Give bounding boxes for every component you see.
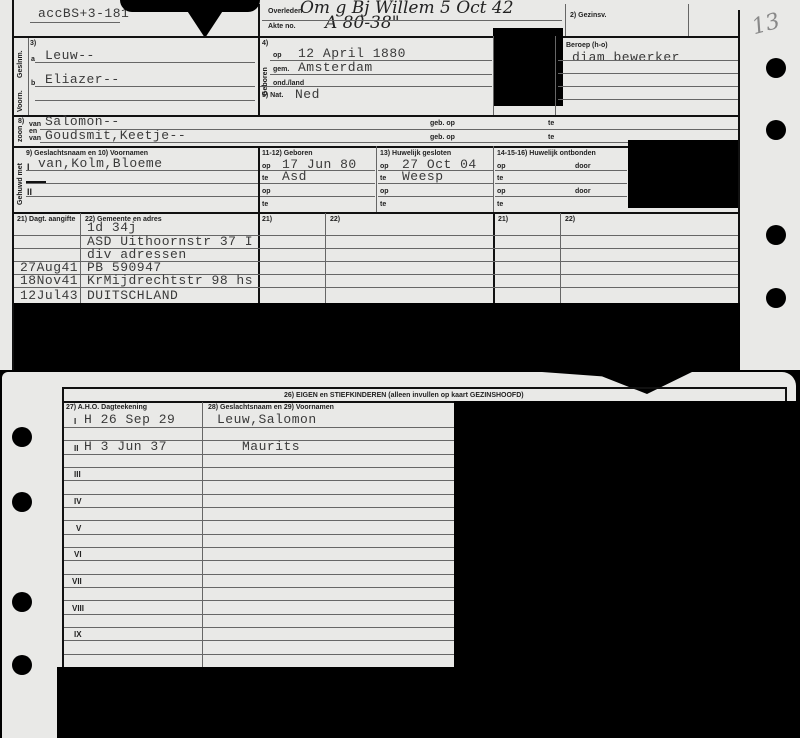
geb-op-label: geb. op bbox=[430, 134, 455, 141]
rule bbox=[495, 183, 627, 184]
gem-label: gem. bbox=[273, 66, 289, 73]
rule bbox=[558, 99, 738, 100]
birth-date: 12 April 1880 bbox=[298, 46, 406, 61]
rule bbox=[64, 480, 454, 481]
child-numeral: IV bbox=[74, 497, 82, 506]
rule bbox=[64, 600, 454, 601]
rule bbox=[64, 520, 454, 521]
rule bbox=[40, 129, 738, 130]
op-label: op bbox=[380, 163, 389, 170]
rule bbox=[378, 183, 493, 184]
child-numeral: IX bbox=[74, 630, 82, 639]
divider bbox=[493, 36, 494, 116]
te-label: te bbox=[548, 120, 554, 127]
mother-name: Goudsmit,Keetje-- bbox=[45, 128, 186, 143]
redacted-block bbox=[454, 401, 796, 667]
address-date: 12Jul43 bbox=[20, 288, 78, 303]
rule bbox=[64, 640, 454, 641]
address-entry: KrMijdrechtstr 98 hs bbox=[87, 273, 253, 288]
rule bbox=[64, 507, 454, 508]
rule bbox=[260, 183, 375, 184]
section-title: 26) EIGEN en STIEFKINDEREN (alleen invul… bbox=[284, 392, 524, 399]
bottom-card: 26) EIGEN en STIEFKINDEREN (alleen invul… bbox=[2, 372, 796, 738]
child-name: Maurits bbox=[242, 439, 300, 454]
child-numeral: II bbox=[74, 444, 78, 453]
col22-label: 22) bbox=[330, 216, 340, 223]
op-label: op bbox=[380, 188, 389, 195]
father-name: Salomon-- bbox=[45, 114, 120, 129]
van-label: van bbox=[29, 135, 41, 142]
address-entry: 1d 34j bbox=[87, 220, 137, 235]
redacted-block bbox=[14, 303, 740, 370]
section-rule bbox=[12, 36, 739, 38]
rule bbox=[558, 86, 738, 87]
name-header: 28) Geslachtsnaam en 29) Voornamen bbox=[208, 404, 334, 411]
rule bbox=[35, 100, 255, 101]
rule bbox=[378, 196, 493, 197]
occupation: diam bewerker bbox=[572, 50, 680, 65]
punch-hole bbox=[766, 288, 786, 308]
rule bbox=[64, 454, 454, 455]
divider bbox=[258, 4, 260, 36]
section-8-label: 8) bbox=[18, 118, 24, 125]
birth-place: Amsterdam bbox=[298, 60, 373, 75]
rule bbox=[495, 170, 627, 171]
rule bbox=[64, 614, 454, 615]
op-label: op bbox=[497, 188, 506, 195]
rule bbox=[64, 560, 454, 561]
van-label: van bbox=[29, 121, 41, 128]
section-4-label: 4) bbox=[262, 40, 268, 47]
reference-number: accBS+3-181 bbox=[38, 6, 129, 21]
rule bbox=[558, 60, 738, 61]
rule bbox=[30, 22, 120, 23]
te-label: te bbox=[497, 175, 503, 182]
punch-hole bbox=[766, 120, 786, 140]
spouse-birth-place: Asd bbox=[282, 169, 307, 184]
page-number-handwritten: 13 bbox=[749, 9, 783, 40]
punch-hole bbox=[766, 225, 786, 245]
divider bbox=[688, 4, 689, 36]
rule bbox=[35, 86, 255, 87]
te-label: te bbox=[497, 201, 503, 208]
redacted-photo bbox=[493, 28, 563, 106]
card-border bbox=[738, 10, 740, 350]
nat-label: 5) Nat. bbox=[262, 92, 283, 99]
geboren-header: 11-12) Geboren bbox=[262, 150, 313, 157]
child-aho-date: H 26 Sep 29 bbox=[84, 412, 175, 427]
redacted-block bbox=[628, 140, 738, 208]
akte-handwritten: A 80-38" bbox=[325, 13, 400, 33]
rule bbox=[64, 494, 454, 495]
rule bbox=[558, 73, 738, 74]
divider bbox=[258, 213, 260, 305]
op-label: op bbox=[262, 188, 271, 195]
rule bbox=[26, 196, 258, 197]
voorn-side-label: Voorn. bbox=[17, 90, 24, 112]
door-label: door bbox=[575, 188, 591, 195]
rule bbox=[64, 587, 454, 588]
rule bbox=[64, 547, 454, 548]
address-entry: DUITSCHLAND bbox=[87, 288, 178, 303]
gehuwd-side-label: Gehuwd met bbox=[17, 163, 24, 205]
divider bbox=[258, 36, 260, 116]
geb-op-label: geb. op bbox=[430, 120, 455, 127]
en-label: en bbox=[29, 128, 37, 135]
door-label: door bbox=[575, 163, 591, 170]
op-label: op bbox=[497, 163, 506, 170]
torn-edge bbox=[542, 372, 692, 394]
rule bbox=[270, 74, 492, 75]
te-label: te bbox=[262, 175, 268, 182]
op-label: op bbox=[262, 163, 271, 170]
te-label: te bbox=[548, 134, 554, 141]
section-rule bbox=[12, 212, 739, 214]
aho-header: 27) A.H.O. Dagteekening bbox=[66, 404, 147, 411]
divider bbox=[493, 146, 494, 212]
zoon-side-label: zoon bbox=[17, 126, 24, 142]
overleden-label: Overleden bbox=[268, 8, 302, 15]
rule bbox=[26, 183, 258, 184]
rule bbox=[64, 627, 454, 628]
te-label: te bbox=[262, 201, 268, 208]
child-aho-date: H 3 Jun 37 bbox=[84, 439, 167, 454]
punch-hole bbox=[12, 492, 32, 512]
te-label: te bbox=[380, 175, 386, 182]
first-name: Eliazer-- bbox=[45, 72, 120, 87]
child-numeral: VII bbox=[72, 577, 82, 586]
punch-hole bbox=[12, 655, 32, 675]
section-rule bbox=[12, 115, 739, 117]
card-border bbox=[62, 387, 64, 667]
rule bbox=[262, 20, 562, 21]
punch-hole bbox=[12, 592, 32, 612]
surname: Leuw-- bbox=[45, 48, 95, 63]
rule bbox=[260, 196, 375, 197]
nationality: Ned bbox=[295, 87, 320, 102]
punch-hole bbox=[12, 427, 32, 447]
torn-edge bbox=[180, 0, 230, 38]
divider bbox=[565, 4, 566, 36]
col22-label: 22) bbox=[565, 216, 575, 223]
divider bbox=[560, 213, 561, 305]
rule bbox=[64, 534, 454, 535]
rule bbox=[64, 654, 454, 655]
beroep-label: Beroep (h-o) bbox=[566, 42, 608, 49]
child-name: Leuw,Salomon bbox=[217, 412, 317, 427]
child-numeral: III bbox=[74, 470, 81, 479]
rule bbox=[64, 574, 454, 575]
geslnm-side-label: Geslnm. bbox=[17, 50, 24, 78]
rule bbox=[64, 467, 454, 468]
akte-label: Akte no. bbox=[268, 23, 296, 30]
dagt-aangifte-header: 21) Dagt. aangifte bbox=[17, 216, 75, 223]
op-label: op bbox=[273, 52, 282, 59]
te-label: te bbox=[380, 201, 386, 208]
divider bbox=[493, 213, 495, 305]
rule bbox=[26, 170, 258, 171]
col21-label: 21) bbox=[498, 216, 508, 223]
rule bbox=[495, 196, 627, 197]
redacted-block bbox=[57, 667, 796, 738]
top-card: accBS+3-181 Overleden Om g Bj Willem 5 O… bbox=[0, 0, 800, 370]
divider bbox=[28, 38, 29, 116]
huwelijk-gesloten-header: 13) Huwelijk gesloten bbox=[380, 150, 451, 157]
spouse-name: van,Kolm,Bloeme bbox=[38, 156, 163, 171]
child-numeral: VIII bbox=[72, 604, 84, 613]
rule bbox=[35, 62, 255, 63]
huwelijk-ontbonden-header: 14-15-16) Huwelijk ontbonden bbox=[497, 150, 596, 157]
child-numeral: VI bbox=[74, 550, 82, 559]
divider bbox=[376, 146, 377, 212]
col21-label: 21) bbox=[262, 216, 272, 223]
divider bbox=[555, 36, 556, 116]
section-3-label: 3) bbox=[30, 40, 36, 47]
divider bbox=[325, 213, 326, 305]
child-numeral: I bbox=[74, 417, 76, 426]
child-numeral: V bbox=[76, 524, 81, 533]
section-rule bbox=[62, 387, 787, 389]
punch-hole bbox=[766, 58, 786, 78]
rule bbox=[260, 170, 375, 171]
divider bbox=[258, 146, 260, 212]
gezinsv-label: 2) Gezinsv. bbox=[570, 12, 606, 19]
rule bbox=[64, 427, 454, 428]
marriage-place: Weesp bbox=[402, 169, 444, 184]
divider bbox=[80, 213, 81, 305]
address-date: 18Nov41 bbox=[20, 273, 78, 288]
